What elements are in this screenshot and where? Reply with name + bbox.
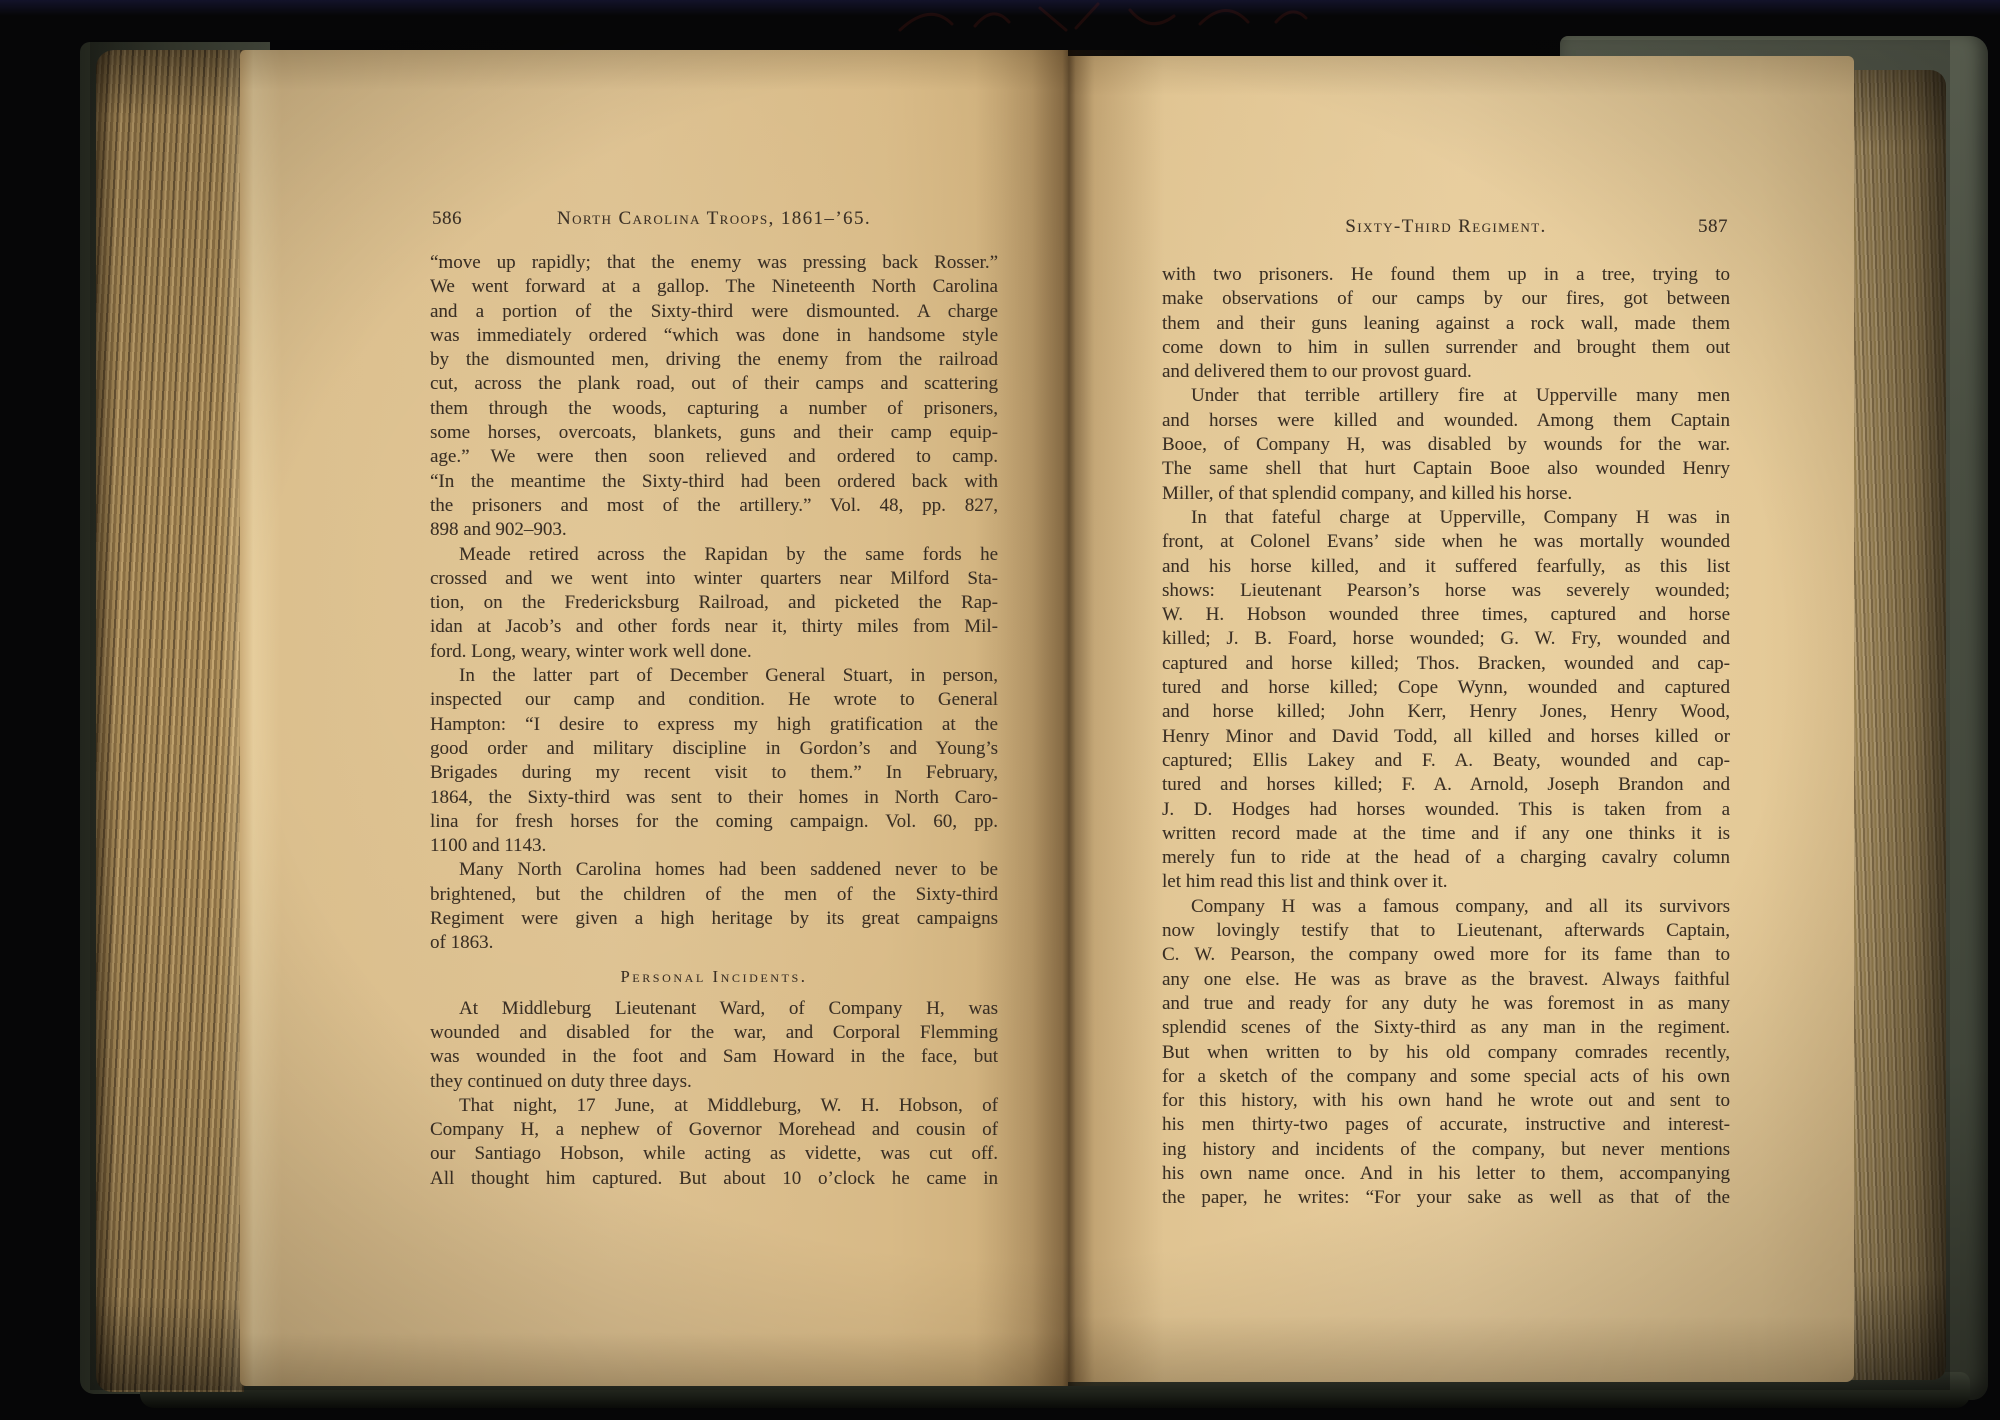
right-running-header: Sixty-Third Regiment. bbox=[1345, 216, 1546, 237]
text-line: At Middleburg Lieutenant Ward, of Compan… bbox=[430, 997, 998, 1021]
left-page-body: “move up rapidly; that the enemy was pre… bbox=[430, 251, 998, 1191]
text-line: any one else. He was as brave as the bra… bbox=[1162, 968, 1730, 992]
left-page-column: 586 North Carolina Troops, 1861–’65. “mo… bbox=[430, 208, 998, 1191]
text-line: with two prisoners. He found them up in … bbox=[1162, 263, 1730, 287]
left-running-header: North Carolina Troops, 1861–’65. bbox=[557, 208, 871, 229]
text-line: cut, across the plank road, out of their… bbox=[430, 372, 998, 396]
text-line: “move up rapidly; that the enemy was pre… bbox=[430, 251, 998, 275]
text-line: In the latter part of December General S… bbox=[430, 664, 998, 688]
text-line: But when written to by his old company c… bbox=[1162, 1041, 1730, 1065]
text-line: them and their guns leaning against a ro… bbox=[1162, 312, 1730, 336]
text-line: his men thirty-two pages of accurate, in… bbox=[1162, 1113, 1730, 1137]
right-page-number: 587 bbox=[1698, 216, 1728, 238]
right-page-column: Sixty-Third Regiment. 587 with two priso… bbox=[1162, 216, 1730, 1211]
text-line: shows: Lieutenant Pearson’s horse was se… bbox=[1162, 579, 1730, 603]
right-page-body: with two prisoners. He found them up in … bbox=[1162, 263, 1730, 1211]
left-page-header: 586 North Carolina Troops, 1861–’65. bbox=[430, 208, 998, 234]
text-line: The same shell that hurt Captain Booe al… bbox=[1162, 457, 1730, 481]
text-line: Under that terrible artillery fire at Up… bbox=[1162, 384, 1730, 408]
text-line: Booe, of Company H, was disabled by woun… bbox=[1162, 433, 1730, 457]
text-line: and delivered them to our provost guard. bbox=[1162, 360, 1730, 384]
text-line: That night, 17 June, at Middleburg, W. H… bbox=[430, 1094, 998, 1118]
text-line: Brigades during my recent visit to them.… bbox=[430, 761, 998, 785]
text-line: Henry Minor and David Todd, all killed a… bbox=[1162, 725, 1730, 749]
text-line: tion, on the Fredericksburg Railroad, an… bbox=[430, 591, 998, 615]
text-line: them through the woods, capturing a numb… bbox=[430, 397, 998, 421]
text-line: killed; J. B. Foard, horse wounded; G. W… bbox=[1162, 627, 1730, 651]
section-heading: Personal Incidents. bbox=[430, 965, 998, 989]
text-line: captured; Ellis Lakey and F. A. Beaty, w… bbox=[1162, 749, 1730, 773]
text-line: ing history and incidents of the company… bbox=[1162, 1138, 1730, 1162]
text-line: In that fateful charge at Upperville, Co… bbox=[1162, 506, 1730, 530]
text-line: captured and horse killed; Thos. Bracken… bbox=[1162, 652, 1730, 676]
text-line: and his horse killed, and it suffered fe… bbox=[1162, 555, 1730, 579]
text-line: tured and horses killed; F. A. Arnold, J… bbox=[1162, 773, 1730, 797]
text-line: Company H was a famous company, and all … bbox=[1162, 895, 1730, 919]
text-line: Many North Carolina homes had been sadde… bbox=[430, 858, 998, 882]
text-line: and horses were killed and wounded. Amon… bbox=[1162, 409, 1730, 433]
text-line: 1100 and 1143. bbox=[430, 834, 998, 858]
text-line: Company H, a nephew of Governor Morehead… bbox=[430, 1118, 998, 1142]
text-line: idan at Jacob’s and other fords near it,… bbox=[430, 615, 998, 639]
text-line: All thought him captured. But about 10 o… bbox=[430, 1167, 998, 1191]
open-book-photo: 586 North Carolina Troops, 1861–’65. “mo… bbox=[0, 0, 2000, 1420]
text-line: let him read this list and think over it… bbox=[1162, 870, 1730, 894]
faint-red-marking bbox=[880, 0, 1320, 42]
text-line: Regiment were given a high heritage by i… bbox=[430, 907, 998, 931]
text-line: lina for fresh horses for the coming cam… bbox=[430, 810, 998, 834]
text-line: the paper, he writes: “For your sake as … bbox=[1162, 1186, 1730, 1210]
text-line: for a sketch of the company and some spe… bbox=[1162, 1065, 1730, 1089]
text-line: wounded and disabled for the war, and Co… bbox=[430, 1021, 998, 1045]
page-edges-right-stack bbox=[1850, 70, 1946, 1380]
text-line: 898 and 902–903. bbox=[430, 518, 998, 542]
text-line: make observations of our camps by our fi… bbox=[1162, 287, 1730, 311]
text-line: brightened, but the children of the men … bbox=[430, 883, 998, 907]
text-line: for this history, with his own hand he w… bbox=[1162, 1089, 1730, 1113]
text-line: merely fun to ride at the head of a char… bbox=[1162, 846, 1730, 870]
text-line: age.” We were then soon relieved and ord… bbox=[430, 445, 998, 469]
text-line: of 1863. bbox=[430, 931, 998, 955]
text-line: they continued on duty three days. bbox=[430, 1070, 998, 1094]
text-line: was immediately ordered “which was done … bbox=[430, 324, 998, 348]
text-line: Meade retired across the Rapidan by the … bbox=[430, 543, 998, 567]
page-edges-left-stack bbox=[96, 50, 244, 1392]
text-line: the prisoners and most of the artillery.… bbox=[430, 494, 998, 518]
text-line: J. D. Hodges had horses wounded. This is… bbox=[1162, 798, 1730, 822]
text-line: was wounded in the foot and Sam Howard i… bbox=[430, 1045, 998, 1069]
text-line: tured and horse killed; Cope Wynn, wound… bbox=[1162, 676, 1730, 700]
text-line: our Santiago Hobson, while acting as vid… bbox=[430, 1142, 998, 1166]
text-line: crossed and we went into winter quarters… bbox=[430, 567, 998, 591]
text-line: some horses, overcoats, blankets, guns a… bbox=[430, 421, 998, 445]
text-line: inspected our camp and condition. He wro… bbox=[430, 688, 998, 712]
text-line: We went forward at a gallop. The Ninetee… bbox=[430, 275, 998, 299]
text-line: C. W. Pearson, the company owed more for… bbox=[1162, 943, 1730, 967]
left-page-number: 586 bbox=[432, 208, 462, 230]
text-line: ford. Long, weary, winter work well done… bbox=[430, 640, 998, 664]
text-line: 1864, the Sixty-third was sent to their … bbox=[430, 786, 998, 810]
text-line: now lovingly testify that to Lieutenant,… bbox=[1162, 919, 1730, 943]
text-line: and horse killed; John Kerr, Henry Jones… bbox=[1162, 700, 1730, 724]
text-line: written record made at the time and if a… bbox=[1162, 822, 1730, 846]
text-line: come down to him in sullen surrender and… bbox=[1162, 336, 1730, 360]
text-line: W. H. Hobson wounded three times, captur… bbox=[1162, 603, 1730, 627]
right-page-header: Sixty-Third Regiment. 587 bbox=[1162, 216, 1730, 242]
text-line: his own name once. And in his letter to … bbox=[1162, 1162, 1730, 1186]
text-line: and a portion of the Sixty-third were di… bbox=[430, 300, 998, 324]
text-line: Hampton: “I desire to express my high gr… bbox=[430, 713, 998, 737]
text-line: good order and military discipline in Go… bbox=[430, 737, 998, 761]
text-line: front, at Colonel Evans’ side when he wa… bbox=[1162, 530, 1730, 554]
text-line: “In the meantime the Sixty-third had bee… bbox=[430, 470, 998, 494]
text-line: splendid scenes of the Sixty-third as an… bbox=[1162, 1016, 1730, 1040]
text-line: and true and ready for any duty he was f… bbox=[1162, 992, 1730, 1016]
text-line: by the dismounted men, driving the enemy… bbox=[430, 348, 998, 372]
text-line: Miller, of that splendid company, and ki… bbox=[1162, 482, 1730, 506]
